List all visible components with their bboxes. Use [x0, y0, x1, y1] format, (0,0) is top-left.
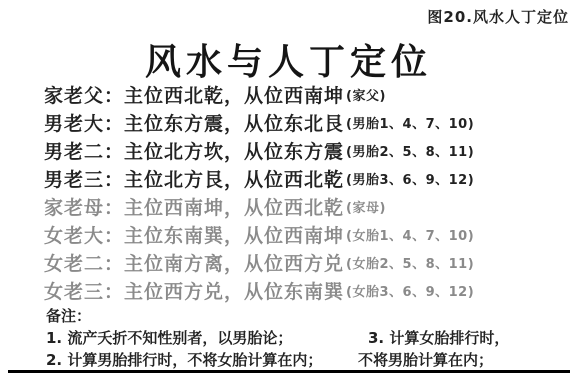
row-label: 男老大： — [44, 113, 124, 135]
row-paren: (女胎1、4、7、10) — [346, 229, 474, 244]
row-body: 主位北方坎，从位东方震 — [124, 141, 344, 163]
row-body: 主位西南坤，从位西北乾 — [124, 197, 344, 219]
notes-heading: 备注： — [46, 306, 569, 327]
row-label: 家老父： — [44, 85, 124, 107]
row-label: 家老母： — [44, 197, 124, 219]
table-row: 男老三：主位北方艮，从位西北乾(男胎3、6、9、12) — [44, 166, 573, 194]
table-row: 女老大：主位东南巽，从位西南坤(女胎1、4、7、10) — [44, 222, 573, 250]
row-body: 主位南方离，从位西方兑 — [124, 253, 344, 275]
notes-right-column: 3. 计算女胎排行时， 不将男胎计算在内； — [358, 327, 509, 371]
row-paren: (女胎2、5、8、11) — [346, 257, 474, 272]
row-paren: (女胎3、6、9、12) — [346, 285, 474, 300]
table-row: 男老大：主位东方震，从位东北艮(男胎1、4、7、10) — [44, 110, 573, 138]
row-label: 女老大： — [44, 225, 124, 247]
row-paren: (男胎3、6、9、12) — [346, 173, 474, 188]
row-label: 男老三： — [44, 169, 124, 191]
page-title: 风水与人丁定位 — [0, 34, 577, 85]
row-paren: (男胎2、5、8、11) — [346, 145, 474, 160]
table-row: 家老父：主位西北乾，从位西南坤(家父) — [44, 82, 573, 110]
note-line: 3. 计算女胎排行时， — [358, 327, 509, 349]
position-rows: 家老父：主位西北乾，从位西南坤(家父) 男老大：主位东方震，从位东北艮(男胎1、… — [44, 82, 573, 306]
row-body: 主位东南巽，从位西南坤 — [124, 225, 344, 247]
table-row: 家老母：主位西南坤，从位西北乾(家母) — [44, 194, 573, 222]
figure-caption: 图20.风水人丁定位 — [427, 6, 569, 27]
table-row: 女老二：主位南方离，从位西方兑(女胎2、5、8、11) — [44, 250, 573, 278]
notes-section: 备注： 1. 流产夭折不知性别者，以男胎论； 2. 计算男胎排行时，不将女胎计算… — [46, 306, 569, 371]
row-body: 主位西北乾，从位西南坤 — [124, 85, 344, 107]
note-line: 不将男胎计算在内； — [358, 349, 509, 371]
row-paren: (男胎1、4、7、10) — [346, 117, 474, 132]
row-label: 女老三： — [44, 281, 124, 303]
table-row: 男老二：主位北方坎，从位东方震(男胎2、5、8、11) — [44, 138, 573, 166]
row-paren: (家母) — [346, 201, 386, 216]
row-label: 女老二： — [44, 253, 124, 275]
table-row: 女老三：主位西方兑，从位东南巽(女胎3、6、9、12) — [44, 278, 573, 306]
row-body: 主位东方震，从位东北艮 — [124, 113, 344, 135]
row-body: 主位北方艮，从位西北乾 — [124, 169, 344, 191]
row-body: 主位西方兑，从位东南巽 — [124, 281, 344, 303]
bottom-divider — [8, 370, 570, 373]
row-label: 男老二： — [44, 141, 124, 163]
row-paren: (家父) — [346, 89, 386, 104]
figure-page: 图20.风水人丁定位 风水与人丁定位 家老父：主位西北乾，从位西南坤(家父) 男… — [0, 0, 577, 380]
